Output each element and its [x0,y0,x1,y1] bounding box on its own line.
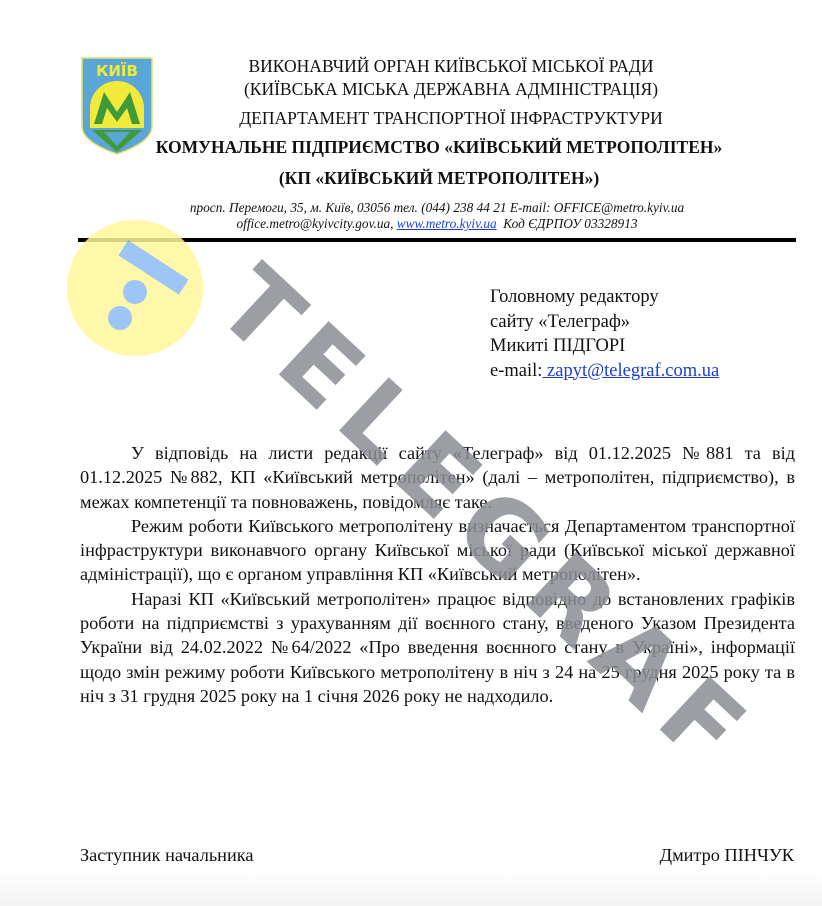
paragraph-3: Наразі КП «Київський метрополітен» працю… [80,587,795,708]
signatory-name: Дмитро ПІНЧУК [660,845,794,866]
office-email: office.metro@kyivcity.gov.ua, [236,216,396,231]
letterhead-contacts: office.metro@kyivcity.gov.ua, www.metro.… [26,216,822,232]
letterhead-line-2: (КИЇВСЬКА МІСЬКА ДЕРЖАВНА АДМІНІСТРАЦІЯ) [40,79,822,100]
recipient-email-link[interactable]: zapyt@telegraf.com.ua [542,361,719,381]
paragraph-1: У відповідь на листи редакції сайту «Тел… [80,441,795,514]
website-link[interactable]: www.metro.kyiv.ua [397,216,497,231]
letter-body: У відповідь на листи редакції сайту «Тел… [80,441,795,708]
letterhead-company-short: (КП «КИЇВСЬКИЙ МЕТРОПОЛІТЕН») [28,168,822,189]
watermark-logo-mark [118,240,188,294]
paragraph-2: Режим роботи Київського метрополітену ви… [80,514,795,587]
letterhead-company: КОМУНАЛЬНЕ ПІДПРИЄМСТВО «КИЇВСЬКИЙ МЕТРО… [28,137,822,158]
email-label: e-mail: [490,361,542,381]
signatory-title: Заступник начальника [80,845,253,866]
letterhead-line-1: ВИКОНАВЧИЙ ОРГАН КИЇВСЬКОЇ МІСЬКОЇ РАДИ [40,56,822,77]
recipient-name: Микиті ПІДГОРІ [490,334,719,359]
letterhead-department: ДЕПАРТАМЕНТ ТРАНСПОРТНОЇ ІНФРАСТРУКТУРИ [40,108,822,129]
recipient-position: Головному редактору [490,285,719,310]
recipient-block: Головному редактору сайту «Телеграф» Мик… [490,285,719,383]
letterhead-address: просп. Перемоги, 35, м. Київ, 03056 тел.… [26,200,822,216]
edrpou-code: Код ЄДРПОУ 03328913 [497,216,638,231]
recipient-site: сайту «Телеграф» [490,310,719,335]
letterhead-divider [78,238,796,242]
recipient-email-line: e-mail: zapyt@telegraf.com.ua [490,359,719,384]
